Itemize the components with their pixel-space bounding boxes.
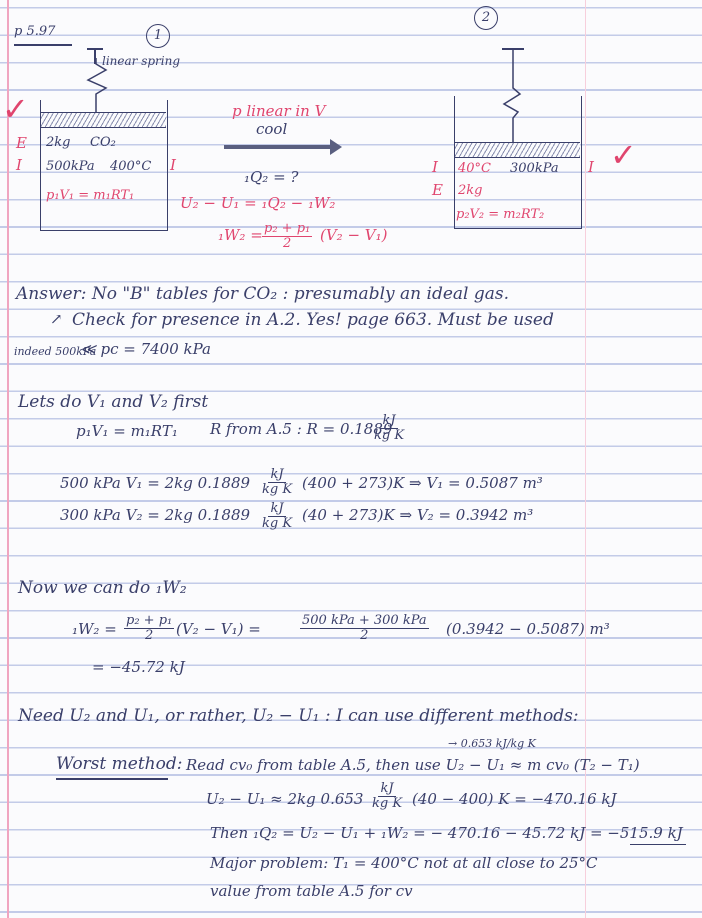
work-result: = −45.72 kJ: [92, 660, 185, 675]
v2-unit-num: kJ: [268, 502, 285, 517]
state1-mark-i-right: I: [170, 158, 176, 173]
state2-mark-i-right: I: [588, 160, 594, 175]
result-underline: [630, 844, 686, 845]
cv-note: → 0.653 kJ/kg K: [448, 738, 536, 749]
v1-unit-num: kJ: [268, 468, 285, 483]
state2-temperature: 40°C: [458, 162, 491, 175]
process-question: ₁Q₂ = ?: [244, 170, 298, 185]
spring-ground-icon: [87, 48, 103, 50]
internal-energy-heading: Need U₂ and U₁, or rather, U₂ − U₁ : I c…: [18, 708, 579, 725]
state1-mark-i: I: [16, 158, 22, 173]
state1-temperature: 400°C: [110, 160, 151, 173]
method-line-4: Major problem: T₁ = 400°C not at all clo…: [210, 856, 598, 871]
work-fraction-1: p₂ + p₁ 2: [124, 614, 174, 642]
work-lhs: ₁W₂ =: [72, 622, 117, 637]
left-margin-line: [7, 0, 9, 918]
method-line-1: Read cv₀ from table A.5, then use U₂ − U…: [186, 758, 640, 773]
answer-line-3: ≪ pc = 7400 kPa: [80, 342, 211, 357]
energy-equation: U₂ − U₁ = ₁Q₂ − ₁W₂: [180, 196, 335, 211]
method-line-2-unit: kJ kg K: [372, 782, 402, 810]
work-frac1-num: p₂ + p₁: [124, 614, 174, 629]
state1-mass: 2kg: [46, 136, 70, 149]
state1-mark-e: E: [16, 136, 27, 151]
work-equation-fraction: p₂ + p₁ 2: [262, 222, 312, 250]
v1-lhs: 500 kPa V₁ = 2kg 0.1889: [60, 476, 250, 491]
state2-label: 2: [474, 6, 498, 30]
work-equation-lhs: ₁W₂ =: [218, 228, 263, 243]
state1-pressure: 500kPa: [46, 160, 95, 173]
state2-mark-e: E: [432, 183, 443, 198]
work-equation-rhs: (V₂ − V₁): [320, 228, 388, 243]
work-frac2-num: 500 kPa + 300 kPa: [300, 614, 429, 629]
spring-label: linear spring: [102, 55, 180, 67]
state1-label: 1: [146, 24, 170, 48]
answer-line-2: Check for presence in A.2. Yes! page 663…: [72, 312, 554, 329]
gas-constant-unit: kJ kg K: [374, 414, 404, 442]
checkmark2-icon: ✓: [610, 136, 637, 174]
work-rhs: (0.3942 − 0.5087) m³: [446, 622, 610, 637]
work-fraction-2: 500 kPa + 300 kPa 2: [300, 614, 429, 642]
problem-number: p 5.97: [14, 25, 55, 38]
method-label: Worst method:: [56, 756, 182, 773]
v1-rhs: (400 + 273)K ⇒ V₁ = 0.5087 m³: [302, 476, 543, 491]
work-eq-denominator: 2: [283, 237, 291, 251]
work-eq-numerator: p₂ + p₁: [262, 222, 312, 237]
method-line-2-unit-den: kg K: [372, 797, 402, 811]
work-frac1-den: 2: [145, 629, 153, 643]
right-margin-line: [585, 0, 586, 918]
process-action: cool: [256, 122, 287, 137]
gas-constant-text: R from A.5 : R = 0.1889: [210, 422, 392, 437]
state1-substance: CO₂: [90, 136, 116, 149]
spring-label-text: linear spring: [102, 54, 180, 68]
volumes-heading: Lets do V₁ and V₂ first: [18, 394, 208, 411]
checkmark-icon: ✓: [2, 90, 29, 128]
v2-unit-den: kg K: [262, 517, 292, 531]
method-line-3: Then ₁Q₂ = U₂ − U₁ + ₁W₂ = − 470.16 − 45…: [210, 826, 683, 841]
v1-unit-den: kg K: [262, 483, 292, 497]
gas-constant-unit-num: kJ: [380, 414, 397, 429]
volumes-equation: p₁V₁ = m₁RT₁: [76, 424, 178, 439]
state2-equation: p₂V₂ = m₂RT₂: [456, 208, 544, 221]
gas-constant-unit-den: kg K: [374, 429, 404, 443]
method-label-underline: [56, 778, 168, 780]
v2-lhs: 300 kPa V₂ = 2kg 0.1889: [60, 508, 250, 523]
method-line-2-unit-num: kJ: [378, 782, 395, 797]
work-mid: (V₂ − V₁) =: [176, 622, 261, 637]
state2-mass: 2kg: [458, 184, 482, 197]
state2-pressure: 300kPa: [510, 162, 559, 175]
method-line-5: value from table A.5 for cv: [210, 884, 413, 899]
work-frac2-den: 2: [360, 629, 368, 643]
answer-line-1: Answer: No "B" tables for CO₂ : presumab…: [16, 286, 509, 303]
v1-unit: kJ kg K: [262, 468, 292, 496]
state2-mark-i: I: [432, 160, 438, 175]
answer-arrow-icon: ↗: [50, 312, 63, 327]
process-condition: p linear in V: [232, 104, 325, 119]
method-line-2-lhs: U₂ − U₁ ≈ 2kg 0.653: [206, 792, 363, 807]
v2-unit: kJ kg K: [262, 502, 292, 530]
process-arrow-icon: [224, 145, 332, 149]
method-line-2-rhs: (40 − 400) K = −470.16 kJ: [412, 792, 617, 807]
work-heading: Now we can do ₁W₂: [18, 580, 187, 597]
v2-rhs: (40 + 273)K ⇒ V₂ = 0.3942 m³: [302, 508, 533, 523]
state1-equation: p₁V₁ = m₁RT₁: [46, 189, 134, 202]
problem-number-underline: [14, 44, 72, 46]
